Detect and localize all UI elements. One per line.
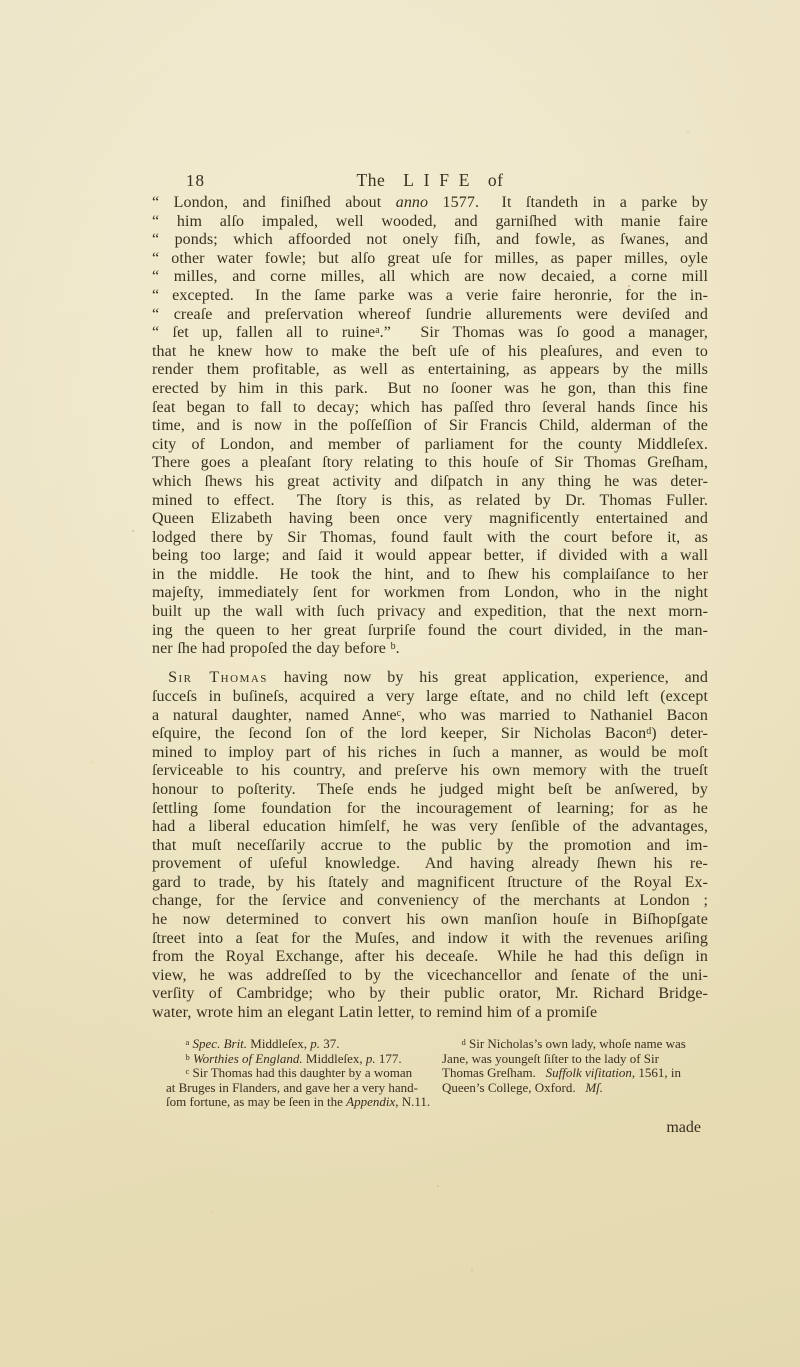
text-line: verſity of Cambridge; who by their publi… xyxy=(152,985,708,1004)
text-line: “ ponds; which affoorded not onely fiſh,… xyxy=(152,231,708,250)
text-line: ſettling ſome foundation for the incoura… xyxy=(152,800,708,819)
footnote-line: Jane, was youngeſt ſiſter to the lady of… xyxy=(442,1052,708,1067)
footnote-line: b Worthies of England. Middleſex, p. 177… xyxy=(166,1052,432,1067)
text-line: ner ſhe had propoſed the day before b. xyxy=(152,640,708,659)
text-line: had a liberal education himſelf, he was … xyxy=(152,818,708,837)
text-line: “ excepted. In the ſame parke was a veri… xyxy=(152,287,708,306)
text-line: ſtreet into a ſeat for the Muſes, and in… xyxy=(152,930,708,949)
book-page: 18 The L I F E of “ London, and finiſhed… xyxy=(0,0,800,1367)
main-text: “ London, and finiſhed about anno 1577. … xyxy=(152,194,708,1023)
text-line: he now determined to convert his own man… xyxy=(152,911,708,930)
text-line: water, wrote him an elegant Latin letter… xyxy=(152,1004,708,1023)
paragraph-sir-thomas: Sir Thomas having now by his great appli… xyxy=(152,669,708,1022)
text-line: that he knew how to make the beſt uſe of… xyxy=(152,343,708,362)
text-line: lodged there by Sir Thomas, found fault … xyxy=(152,529,708,548)
text-line: mined to imploy part of his riches in ſu… xyxy=(152,744,708,763)
footnote-line: at Bruges in Flanders, and gave her a ve… xyxy=(166,1081,432,1096)
text-line: built up the wall with ſuch privacy and … xyxy=(152,603,708,622)
paragraph-quoted-description: “ London, and finiſhed about anno 1577. … xyxy=(152,194,708,659)
text-line: render them profitable, as well as enter… xyxy=(152,361,708,380)
text-line: gard to trade, by his ſtately and magnif… xyxy=(152,874,708,893)
text-line: “ ſet up, fallen all to ruinea.” Sir Tho… xyxy=(152,324,708,343)
catchword: made xyxy=(152,1119,701,1137)
text-line: “ other water fowle; but alſo great uſe … xyxy=(152,250,708,269)
text-line: “ milles, and corne milles, all which ar… xyxy=(152,268,708,287)
text-line: provement of uſeful knowledge. And havin… xyxy=(152,855,708,874)
text-line: There goes a pleaſant ſtory relating to … xyxy=(152,454,708,473)
text-line: from the Royal Exchange, after his decea… xyxy=(152,948,708,967)
running-title: The L I F E of xyxy=(152,170,708,191)
text-line: ſucceſs in buſineſs, acquired a very lar… xyxy=(152,688,708,707)
text-line: Sir Thomas having now by his great appli… xyxy=(152,669,708,688)
footnote-line: ſom fortune, as may be ſeen in the Appen… xyxy=(166,1095,432,1110)
text-line: which ſhews his great activity and diſpa… xyxy=(152,473,708,492)
footnotes-right-column: d Sir Nicholas’s own lady, whoſe name wa… xyxy=(442,1037,708,1110)
text-line: honour to poſterity. Theſe ends he judge… xyxy=(152,781,708,800)
footnotes: a Spec. Brit. Middleſex, p. 37. b Worthi… xyxy=(166,1037,708,1110)
text-line: majeſty, immediately ſent for workmen fr… xyxy=(152,584,708,603)
text-line: Queen Elizabeth having been once very ma… xyxy=(152,510,708,529)
text-line: being too large; and ſaid it would appea… xyxy=(152,547,708,566)
text-line: ſerviceable to his country, and preſerve… xyxy=(152,762,708,781)
footnotes-left-column: a Spec. Brit. Middleſex, p. 37. b Worthi… xyxy=(166,1037,432,1110)
text-line: city of London, and member of parliament… xyxy=(152,436,708,455)
text-line: “ creaſe and preſervation whereof ſundri… xyxy=(152,306,708,325)
text-line: in the middle. He took the hint, and to … xyxy=(152,566,708,585)
text-line: eſquire, the ſecond ſon of the lord keep… xyxy=(152,725,708,744)
text-line: mined to effect. The ſtory is this, as r… xyxy=(152,492,708,511)
text-line: “ him alſo impaled, well wooded, and gar… xyxy=(152,213,708,232)
text-line: change, for the ſervice and conveniency … xyxy=(152,892,708,911)
text-line: ſeat began to fall to decay; which has p… xyxy=(152,399,708,418)
text-line: erected by him in this park. But no ſoon… xyxy=(152,380,708,399)
footnote-line: Thomas Greſham. Suffolk viſitation, 1561… xyxy=(442,1066,708,1081)
text-line: a natural daughter, named Annec, who was… xyxy=(152,707,708,726)
text-line: ing the queen to her great ſurpriſe foun… xyxy=(152,622,708,641)
text-line: “ London, and finiſhed about anno 1577. … xyxy=(152,194,708,213)
text-line: that muſt neceſſarily accrue to the publ… xyxy=(152,837,708,856)
footnote-line: d Sir Nicholas’s own lady, whoſe name wa… xyxy=(442,1037,708,1052)
text-line: time, and is now in the poſſeſſion of Si… xyxy=(152,417,708,436)
footnote-line: c Sir Thomas had this daughter by a woma… xyxy=(166,1066,432,1081)
footnote-line: a Spec. Brit. Middleſex, p. 37. xyxy=(166,1037,432,1052)
footnote-line: Queen’s College, Oxford. Mſ. xyxy=(442,1081,708,1096)
text-line: view, he was addreſſed to by the vicecha… xyxy=(152,967,708,986)
